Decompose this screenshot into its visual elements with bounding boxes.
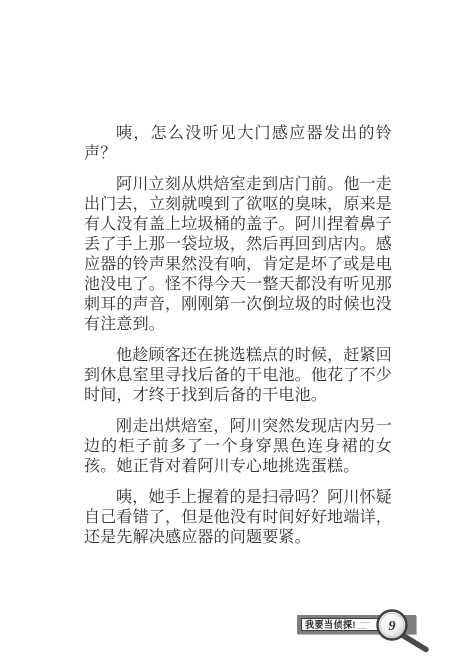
story-paragraph: 咦，怎么没听见大门感应器发出的铃声？ xyxy=(84,124,392,164)
footer-series-label: 我要当侦探! xyxy=(305,618,356,632)
story-paragraph: 刚走出烘焙室，阿川突然发现店内另一边的柜子前多了一个身穿黑色连身裙的女孩。她正背… xyxy=(84,417,392,477)
page-number: 9 xyxy=(389,619,396,634)
story-text: 咦，怎么没听见大门感应器发出的铃声？ 阿川立刻从烘焙室走到店门前。他一走出门去，… xyxy=(84,124,392,559)
story-paragraph: 咦，她手上握着的是扫帚吗？阿川怀疑自己看错了，但是他没有时间好好地端详，还是先解… xyxy=(84,488,392,548)
story-paragraph: 他趁顾客还在挑选糕点的时候，赶紧回到休息室里寻找后备的干电池。他花了不少时间，才… xyxy=(84,346,392,406)
story-paragraph: 阿川立刻从烘焙室走到店门前。他一走出门去，立刻就嗅到了欲呕的臭味，原来是有人没有… xyxy=(84,175,392,335)
magnifier-handle xyxy=(403,636,426,650)
book-page: 咦，怎么没听见大门感应器发出的铃声？ 阿川立刻从烘焙室走到店门前。他一走出门去，… xyxy=(0,0,472,662)
magnifying-glass-icon: 9 xyxy=(360,598,432,658)
